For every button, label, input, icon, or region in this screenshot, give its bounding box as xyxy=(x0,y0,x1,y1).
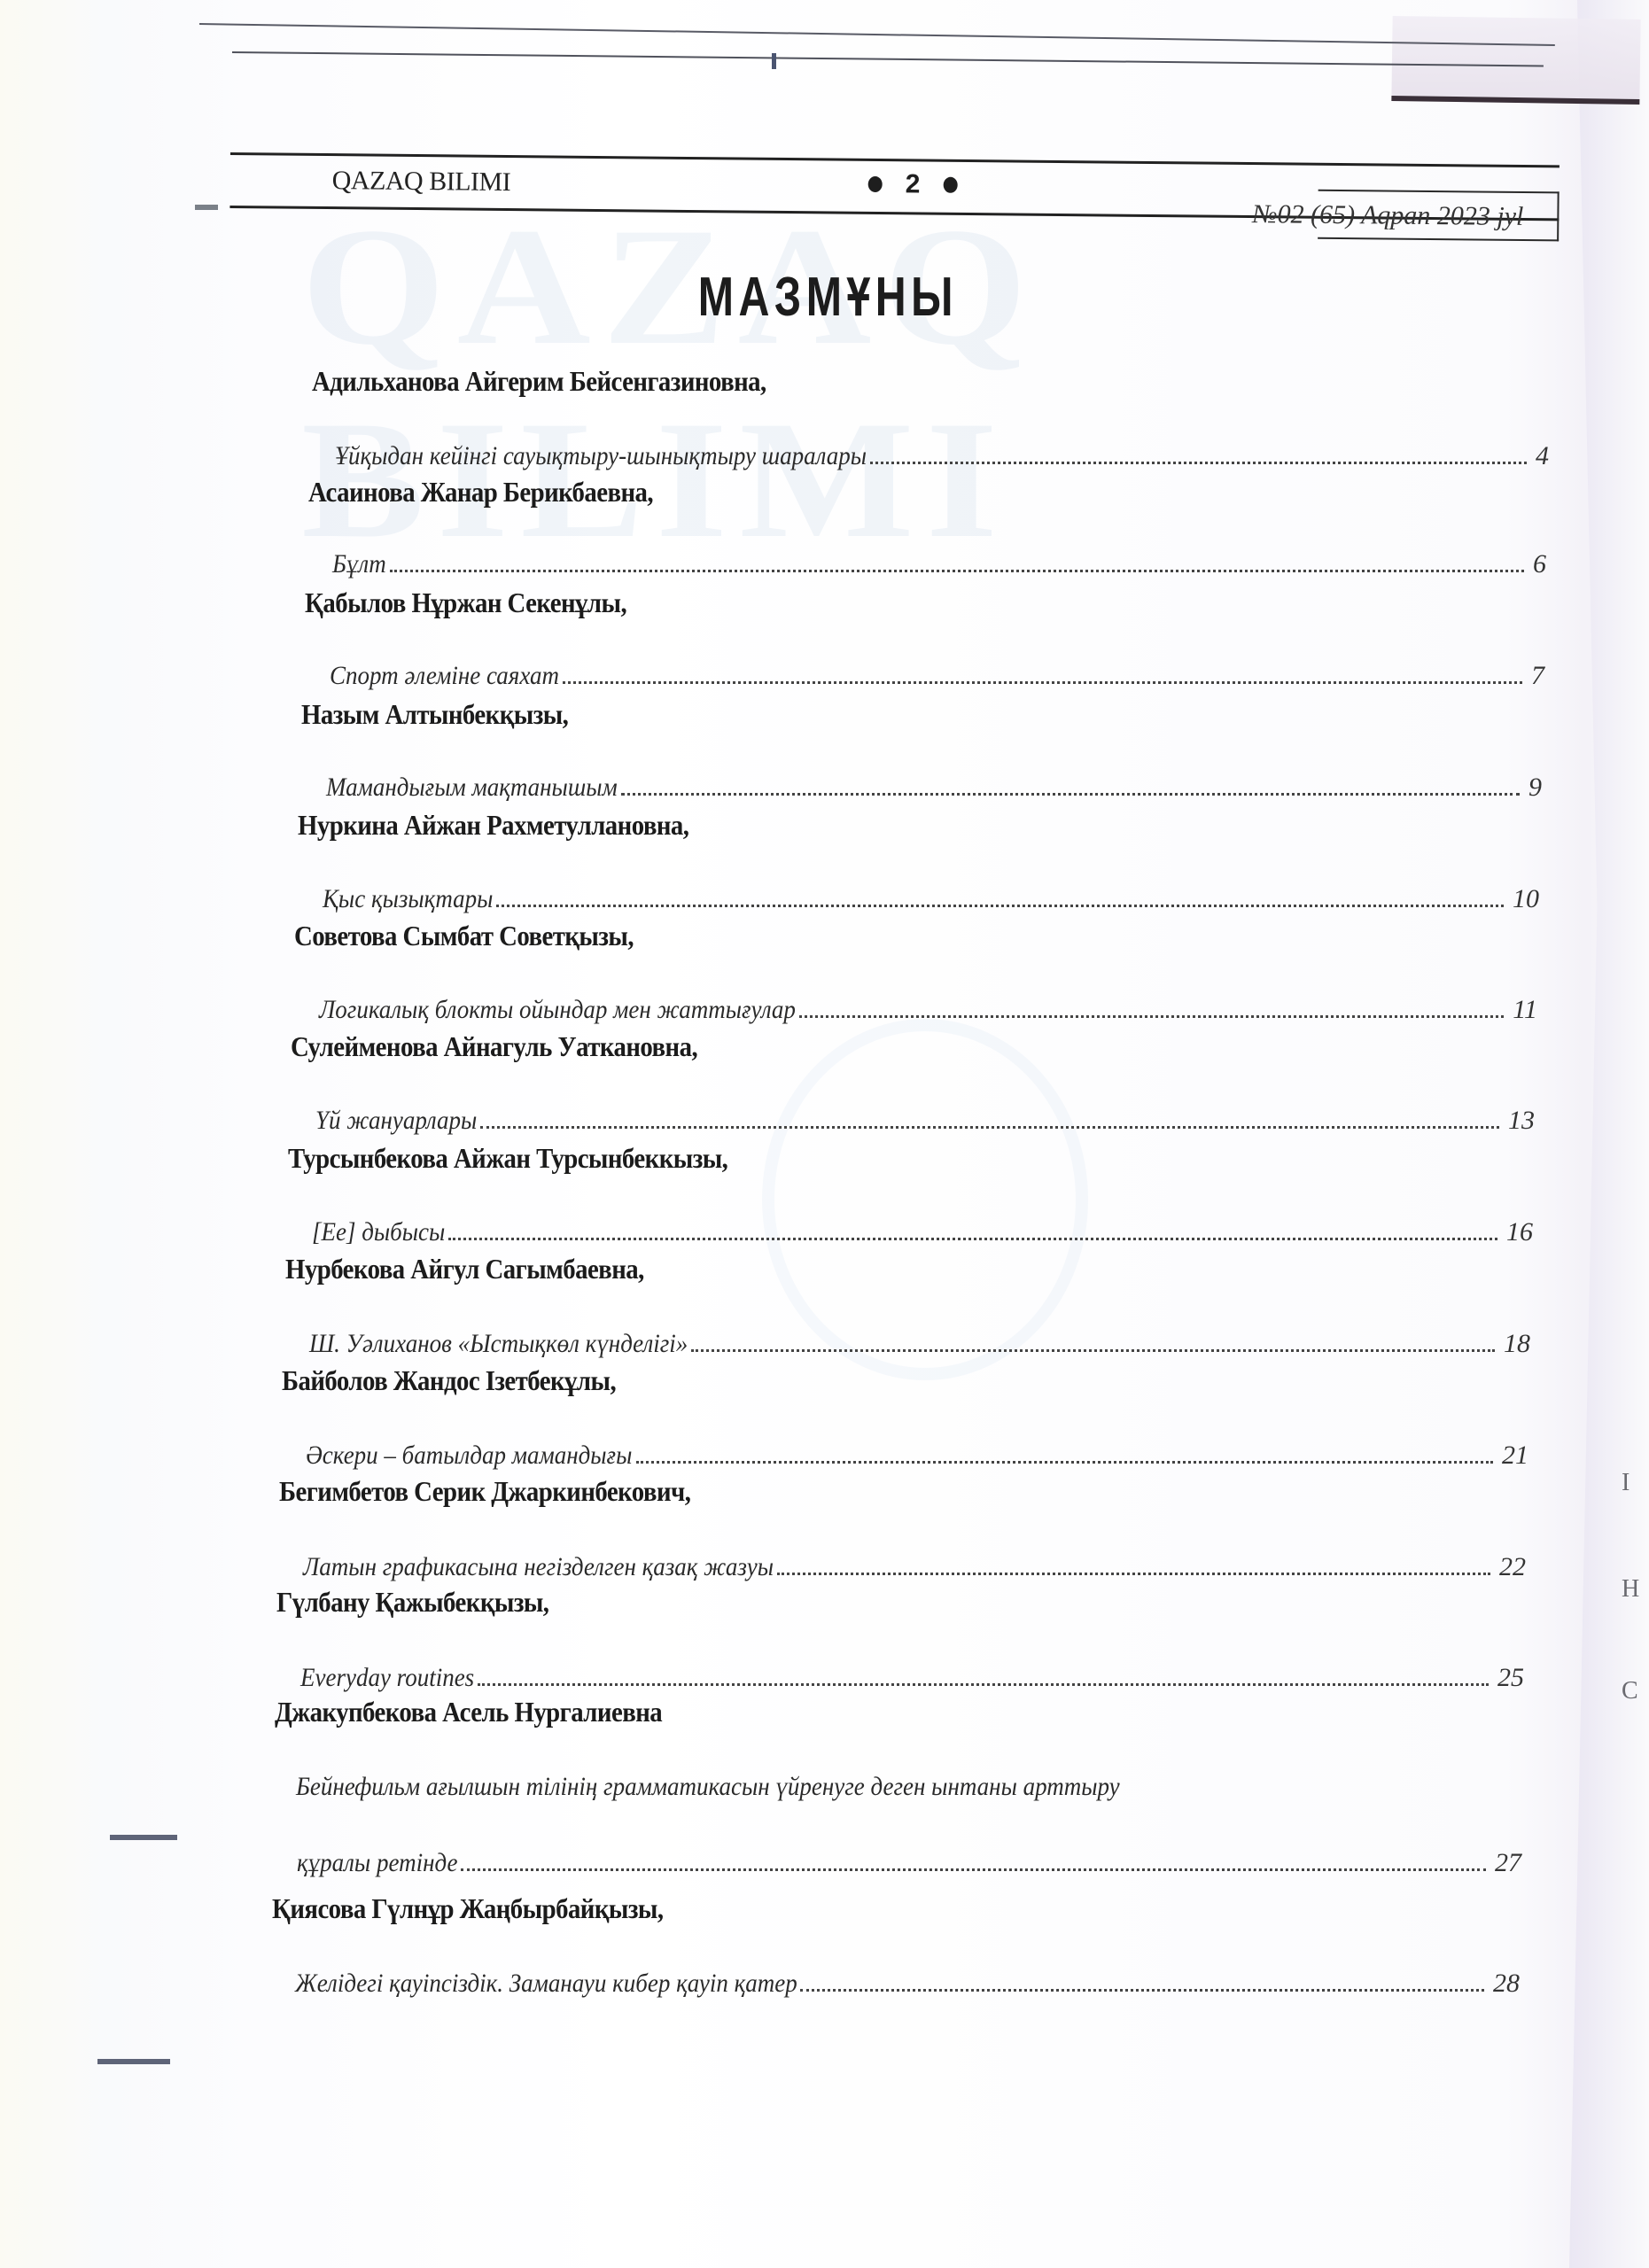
dot-leader xyxy=(448,1238,1497,1240)
article-title-text: Ұйқыдан кейінгі сауықтыру-шынықтыру шара… xyxy=(335,441,867,471)
article-title-text: Бейнефильм ағылшын тілінің грамматикасын… xyxy=(296,1772,1120,1802)
dot-leader xyxy=(496,905,1504,907)
page-ref: 6 xyxy=(1533,549,1546,579)
toc-article-link[interactable]: Үй жануарлары13 xyxy=(315,1106,1535,1136)
margin-mark xyxy=(97,2059,170,2064)
article-title-text: Үй жануарлары xyxy=(315,1106,477,1136)
page-ref: 28 xyxy=(1493,1969,1520,1999)
article-title-text: Мамандығым мақтанышым xyxy=(326,773,618,803)
toc-author: Джакупбекова Асель Нургалиевна xyxy=(275,1696,662,1728)
dot-leader xyxy=(478,1683,1489,1686)
page-ref: 10 xyxy=(1513,884,1539,914)
toc-author: Советова Сымбат Советқызы, xyxy=(294,920,634,952)
margin-mark xyxy=(110,1835,177,1840)
toc-author: Қиясова Гүлнұр Жаңбырбайқызы, xyxy=(272,1892,664,1925)
edge-letter: I xyxy=(1622,1469,1630,1497)
article-title-text: құралы ретінде xyxy=(297,1848,457,1878)
article-title-text: Әскери – батылдар мамандығы xyxy=(306,1441,632,1471)
edge-letter: С xyxy=(1622,1677,1638,1705)
article-title-text: Желідегі қауіпсіздік. Заманауи кибер қау… xyxy=(295,1969,797,1999)
toc-author: Адильханова Айгерим Бейсенгазиновна, xyxy=(312,365,766,398)
toc-author: Қабылов Нұржан Секенұлы, xyxy=(305,586,626,619)
dot-leader xyxy=(800,1989,1484,1992)
toc-author: Байболов Жандос Ізетбекұлы, xyxy=(282,1364,616,1397)
toc-article-link[interactable]: Everyday routines25 xyxy=(300,1663,1524,1693)
article-title-text: Қыс қызықтары xyxy=(323,884,493,914)
article-title-text: [Ее] дыбысы xyxy=(312,1217,445,1247)
toc-author: Бегимбетов Серик Джаркинбекович, xyxy=(279,1475,690,1508)
toc-author: Нурбекова Айгул Сагымбаевна, xyxy=(285,1253,644,1285)
toc-article-link[interactable]: Логикалық блокты ойындар мен жаттығулар1… xyxy=(319,995,1537,1025)
page-ref: 7 xyxy=(1531,661,1544,691)
dot-leader xyxy=(480,1126,1499,1129)
toc-article-link[interactable]: [Ее] дыбысы16 xyxy=(312,1217,1533,1247)
dot-leader xyxy=(390,570,1524,572)
article-title-text: Логикалық блокты ойындар мен жаттығулар xyxy=(319,995,796,1025)
toc-article-link[interactable]: Бұлт6 xyxy=(332,549,1546,579)
toc-author: Назым Алтынбекқызы, xyxy=(301,698,568,731)
toc-author: Асаинова Жанар Берикбаевна, xyxy=(308,476,653,509)
toc-article-link[interactable]: Қыс қызықтары10 xyxy=(323,884,1539,914)
toc-article-link[interactable]: Ш. Уәлиханов «Ыстықкөл күнделігі»18 xyxy=(309,1329,1530,1359)
table-of-contents: Адильханова Айгерим Бейсенгазиновна,Ұйқы… xyxy=(0,0,1649,2268)
article-title-text: Everyday routines xyxy=(300,1663,474,1693)
page-ref: 22 xyxy=(1499,1552,1526,1582)
toc-article-link[interactable]: Ұйқыдан кейінгі сауықтыру-шынықтыру шара… xyxy=(335,441,1549,471)
article-title-text: Бұлт xyxy=(332,549,386,579)
toc-article-link[interactable]: Мамандығым мақтанышым9 xyxy=(326,773,1542,803)
dot-leader xyxy=(870,462,1527,464)
page-ref: 18 xyxy=(1504,1329,1530,1359)
toc-author: Турсынбекова Айжан Турсынбеккызы, xyxy=(288,1142,727,1175)
page-ref: 21 xyxy=(1502,1441,1528,1471)
dot-leader xyxy=(777,1573,1490,1575)
dot-leader xyxy=(563,681,1522,684)
dot-leader xyxy=(636,1461,1493,1464)
toc-author: Гүлбану Қажыбекқызы, xyxy=(276,1586,548,1619)
dot-leader xyxy=(461,1868,1486,1871)
edge-letter: Н xyxy=(1622,1575,1639,1604)
toc-author: Сулейменова Айнагуль Уаткановна, xyxy=(291,1030,697,1063)
page-ref: 9 xyxy=(1528,773,1542,803)
toc-author: Нуркина Айжан Рахметуллановна, xyxy=(298,809,688,842)
dot-leader xyxy=(799,1015,1505,1018)
dot-leader xyxy=(691,1349,1495,1352)
toc-article-link[interactable]: Спорт әлеміне саяхат7 xyxy=(330,661,1544,691)
article-title-text: Латын графикасына негізделген қазақ жазу… xyxy=(303,1552,774,1582)
page-ref: 27 xyxy=(1495,1848,1521,1878)
page-ref: 13 xyxy=(1508,1106,1535,1136)
toc-article-link[interactable]: құралы ретінде27 xyxy=(297,1848,1521,1878)
page-ref: 4 xyxy=(1536,441,1549,471)
toc-article-link[interactable]: Латын графикасына негізделген қазақ жазу… xyxy=(303,1552,1526,1582)
page-ref: 25 xyxy=(1497,1663,1524,1693)
toc-article-title-line[interactable]: Бейнефильм ағылшын тілінің грамматикасын… xyxy=(296,1772,1211,1802)
article-title-text: Ш. Уәлиханов «Ыстықкөл күнделігі» xyxy=(309,1329,688,1359)
toc-article-link[interactable]: Желідегі қауіпсіздік. Заманауи кибер қау… xyxy=(295,1969,1520,1999)
dot-leader xyxy=(621,793,1520,796)
toc-article-link[interactable]: Әскери – батылдар мамандығы21 xyxy=(306,1441,1528,1471)
page-ref: 16 xyxy=(1506,1217,1533,1247)
article-title-text: Спорт әлеміне саяхат xyxy=(330,661,559,691)
page-ref: 11 xyxy=(1513,995,1537,1025)
